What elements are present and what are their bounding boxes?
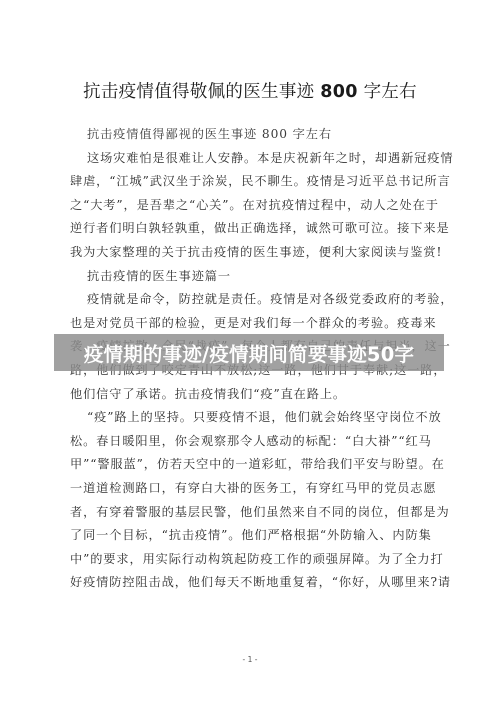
paragraph-line: 逆行者们明白孰轻孰重，做出正确选择，诚然可歌可泣。接下来是 <box>70 217 432 241</box>
title-prefix: 抗击疫情值得敬佩的医生事迹 <box>83 82 320 102</box>
paragraph-line: 一道道检测路口，有穿白大褂的医务工，有穿红马甲的党员志愿 <box>70 477 432 501</box>
paragraph-line: 这场灾难怕是很难让人安静。本是庆祝新年之时，却遇新冠疫情 <box>70 147 432 171</box>
document-subtitle: 抗击疫情值得鄙视的医生事迹 800 字左右 <box>70 123 432 147</box>
overlay-title-banner: 疫情期的事迹/疫情期间简要事迹50字 <box>54 334 444 371</box>
banner-text: 疫情期的事迹/疫情期间简要事迹50字 <box>84 339 414 367</box>
section-heading: 抗击疫情的医生事迹篇一 <box>70 265 432 289</box>
document-page: 抗击疫情值得敬佩的医生事迹 800 字左右 抗击疫情值得鄙视的医生事迹 800 … <box>0 0 500 706</box>
paragraph-line: “疫”路上的坚持。只要疫情不退，他们就会始终坚守岗位不放 <box>70 406 432 430</box>
paragraph-line: 我为大家整理的关于抗击疫情的医生事迹，便利大家阅读与鉴赏! <box>70 241 432 265</box>
document-title: 抗击疫情值得敬佩的医生事迹 800 字左右 <box>0 78 500 103</box>
paragraph-line: 了同一个目标，“抗击疫情”。他们严格根据“外防输入、内防集 <box>70 524 432 548</box>
paragraph-line: 者，有穿着警服的基层民警，他们虽然来自不同的岗位，但都是为 <box>70 501 432 525</box>
paragraph-line: 肆虐，“江城”武汉坐于涂炭，民不聊生。疫情是习近平总书记所言 <box>70 170 432 194</box>
paragraph-line: 甲”“警服蓝”，仿若天空中的一道彩虹，带给我们平安与盼望。在 <box>70 453 432 477</box>
title-number: 800 <box>320 82 357 102</box>
paragraph-line: 之“大考”，是吾辈之“心关”。在对抗疫情过程中，动人之处在于 <box>70 194 432 218</box>
paragraph-line: 好疫情防控阻击战，他们每天不断地重复着，“你好，从哪里来?请 <box>70 571 432 595</box>
paragraph-line: 疫情就是命令，防控就是责任。疫情是对各级党委政府的考验， <box>70 288 432 312</box>
paragraph-line: 松。春日暖阳里，你会观察那令人感动的标配：“白大褂”“红马 <box>70 430 432 454</box>
paragraph-line: 他们信守了承诺。抗击疫情我们“疫”直在路上。 <box>70 383 432 407</box>
title-suffix: 字左右 <box>358 82 417 102</box>
paragraph-line: 也是对党员干部的检验，更是对我们每一个群众的考验。疫毒来 <box>70 312 432 336</box>
page-number: - 1 - <box>0 655 500 664</box>
paragraph-line: 中”的要求，用实际行动构筑起防疫工作的顽强屏障。为了全力打 <box>70 548 432 572</box>
